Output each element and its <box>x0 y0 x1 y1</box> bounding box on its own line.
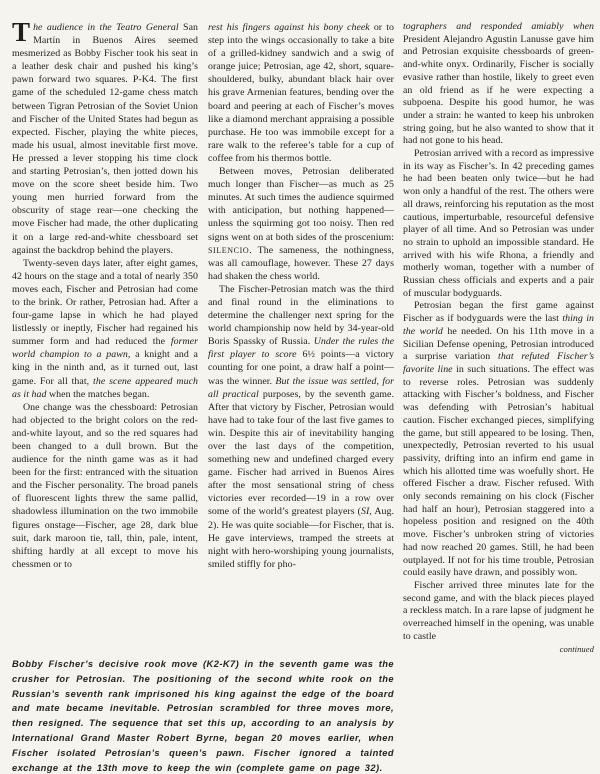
body-text: Fischer arrived three minutes late for t… <box>403 580 594 642</box>
paragraph: rest his fingers against his bony cheek … <box>208 21 394 165</box>
paragraph: Between moves, Petrosian deliberated muc… <box>208 165 394 283</box>
paragraph: Fischer arrived three minutes late for t… <box>403 580 594 644</box>
photo-caption: Bobby Fischer’s decisive rook move (K2-K… <box>12 657 394 774</box>
body-text: San Martín in Buenos Aires seemed mesmer… <box>12 22 198 256</box>
column-3-text: tographers and responded amiably when Pr… <box>403 21 594 643</box>
italic-text: SI, <box>361 506 372 517</box>
body-text: in such situations. The effect was to re… <box>403 364 594 578</box>
paragraph: The Fischer-Petrosian match was the thir… <box>208 283 394 571</box>
small-caps-text: SILENCIO <box>208 246 249 255</box>
paragraph: Twenty-seven days later, after eight gam… <box>12 257 198 401</box>
body-text: or to step into the wings occasionally t… <box>208 22 394 164</box>
body-text: Between moves, Petrosian deliberated muc… <box>208 166 394 242</box>
paragraph: One change was the chessboard: Petrosian… <box>12 401 198 571</box>
italic-text: rest his fingers against his bony cheek <box>208 22 370 33</box>
body-text: President Alejandro Agustin Lanusse gave… <box>403 34 594 147</box>
columns-1-2: The audience in the Teatro General San M… <box>12 21 394 646</box>
text-column-2: rest his fingers against his bony cheek … <box>208 21 394 646</box>
italic-text: he audience in the Teatro General <box>33 22 179 33</box>
body-text: Petrosian arrived with a record as impre… <box>403 148 594 299</box>
body-text: One change was the chessboard: Petrosian… <box>12 402 198 570</box>
magazine-page: The audience in the Teatro General San M… <box>0 0 600 774</box>
paragraph: The audience in the Teatro General San M… <box>12 21 198 257</box>
text-column-1: The audience in the Teatro General San M… <box>12 21 198 646</box>
paragraph: tographers and responded amiably when Pr… <box>403 21 594 148</box>
paragraph: Petrosian arrived with a record as impre… <box>403 148 594 300</box>
paragraph: Petrosian began the first game against F… <box>403 300 594 579</box>
body-text: Twenty-seven days later, after eight gam… <box>12 258 198 348</box>
italic-text: tographers and responded amiably when <box>403 21 594 32</box>
continued-label: continued <box>403 644 594 655</box>
text-column-3: tographers and responded amiably when Pr… <box>403 21 594 774</box>
body-text: purposes, by the seventh game. After tha… <box>208 389 394 518</box>
left-columns-and-caption: The audience in the Teatro General San M… <box>12 21 394 774</box>
drop-cap: T <box>12 21 30 43</box>
article-body: The audience in the Teatro General San M… <box>12 21 594 774</box>
body-text: when the matches began. <box>46 389 149 400</box>
